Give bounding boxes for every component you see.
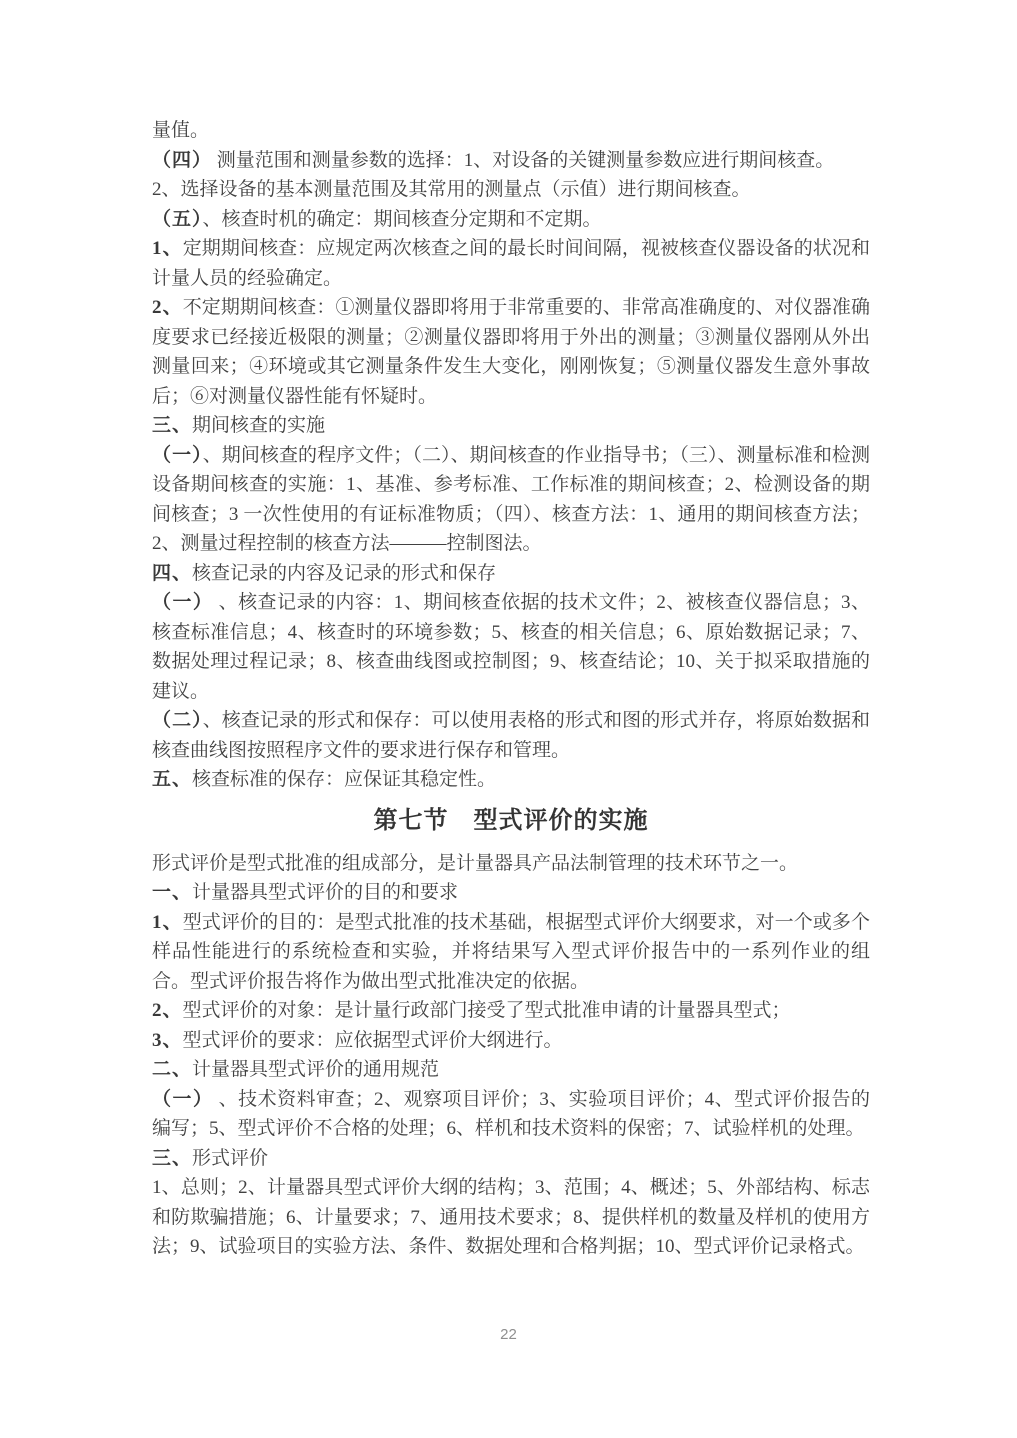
section-heading: 第七节 型式评价的实施: [152, 804, 870, 838]
paragraph: 三、形式评价: [152, 1144, 870, 1174]
paragraph: 1、型式评价的目的：是型式批准的技术基础，根据型式评价大纲要求，对一个或多个样品…: [152, 908, 870, 997]
paragraph: 量值。: [152, 116, 870, 146]
paragraph: 2、型式评价的对象：是计量行政部门接受了型式批准申请的计量器具型式；: [152, 996, 870, 1026]
paragraph: （二）、核查记录的形式和保存：可以使用表格的形式和图的形式并存，将原始数据和核查…: [152, 706, 870, 765]
list-marker: 二、: [152, 1059, 192, 1080]
paragraph: （一） 、核查记录的内容：1、期间核查依据的技术文件；2、被核查仪器信息；3、核…: [152, 588, 870, 706]
paragraph: （四） 测量范围和测量参数的选择：1、对设备的关键测量参数应进行期间核查。: [152, 146, 870, 176]
paragraph: 1、总则；2、计量器具型式评价大纲的结构；3、范围；4、概述；5、外部结构、标志…: [152, 1173, 870, 1262]
list-marker: （一）: [152, 445, 203, 466]
paragraph: 1、定期期间核查：应规定两次核查之间的最长时间间隔，视被核查仪器设备的状况和计量…: [152, 234, 870, 293]
list-marker: 2、: [152, 1000, 183, 1021]
paragraph: （一） 、技术资料审查；2、观察项目评价；3、实验项目评价；4、型式评价报告的编…: [152, 1085, 870, 1144]
paragraph: 3、型式评价的要求：应依据型式评价大纲进行。: [152, 1026, 870, 1056]
document-page: 量值。（四） 测量范围和测量参数的选择：1、对设备的关键测量参数应进行期间核查。…: [0, 0, 1017, 1438]
list-marker: （一）: [152, 592, 213, 613]
page-footer: 22: [0, 1326, 1017, 1344]
list-marker: （五）: [152, 209, 203, 230]
list-marker: 2、: [152, 297, 183, 318]
paragraph: 五、核查标准的保存：应保证其稳定性。: [152, 765, 870, 795]
paragraph: 2、选择设备的基本测量范围及其常用的测量点（示值）进行期间核查。: [152, 175, 870, 205]
list-marker: 五、: [152, 769, 192, 790]
paragraph: 形式评价是型式批准的组成部分，是计量器具产品法制管理的技术环节之一。: [152, 849, 870, 879]
paragraph: 三、期间核查的实施: [152, 411, 870, 441]
paragraph: 二、计量器具型式评价的通用规范: [152, 1055, 870, 1085]
list-marker: 1、: [152, 238, 183, 259]
paragraph: 一、计量器具型式评价的目的和要求: [152, 878, 870, 908]
list-marker: 1、: [152, 912, 183, 933]
paragraph: （五）、核查时机的确定：期间核查分定期和不定期。: [152, 205, 870, 235]
document-content: 量值。（四） 测量范围和测量参数的选择：1、对设备的关键测量参数应进行期间核查。…: [152, 116, 870, 1262]
list-marker: 三、: [152, 415, 192, 436]
list-marker: 四、: [152, 563, 192, 584]
list-marker: （一）: [152, 1089, 213, 1110]
list-marker: （四）: [152, 150, 212, 171]
list-marker: 三、: [152, 1148, 192, 1169]
list-marker: 3、: [152, 1030, 183, 1051]
paragraph: （一）、期间核查的程序文件；（二）、期间核查的作业指导书；（三）、测量标准和检测…: [152, 441, 870, 559]
list-marker: （二）: [152, 710, 203, 731]
page-number: 22: [500, 1326, 517, 1343]
paragraph: 四、核查记录的内容及记录的形式和保存: [152, 559, 870, 589]
paragraph: 2、不定期期间核查：①测量仪器即将用于非常重要的、非常高准确度的、对仪器准确度要…: [152, 293, 870, 411]
list-marker: 一、: [152, 882, 192, 903]
